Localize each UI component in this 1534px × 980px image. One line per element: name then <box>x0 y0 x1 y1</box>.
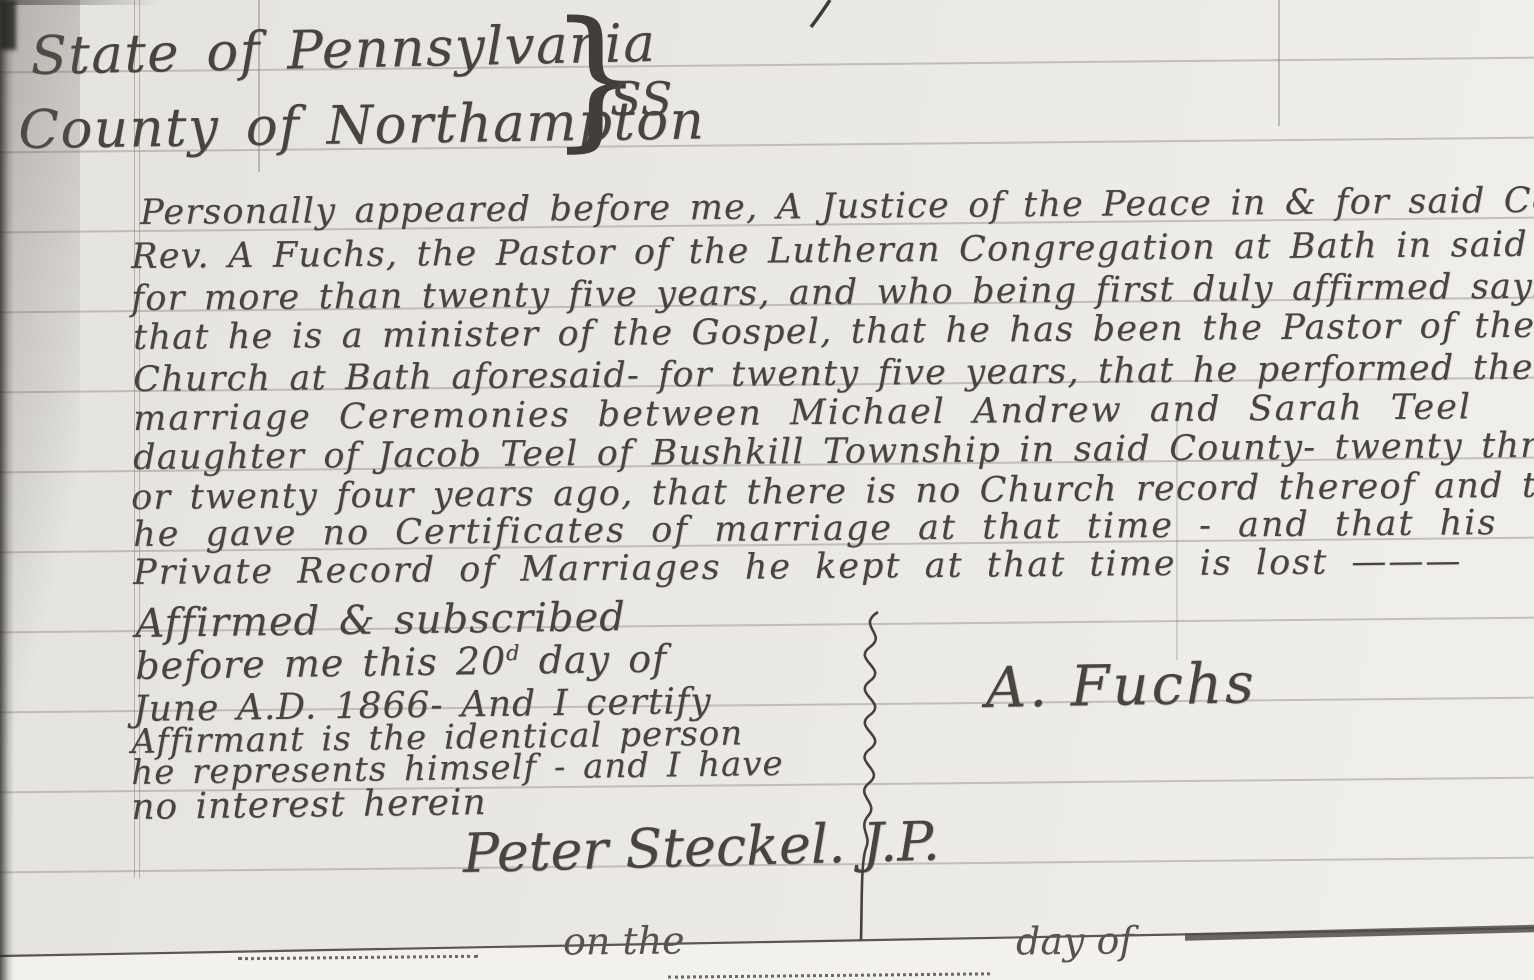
signature-affiant: A. Fuchs <box>985 651 1257 721</box>
scan-top-edge <box>0 0 160 5</box>
signature-justice-of-peace: Peter Steckel. J.P. <box>462 810 940 885</box>
attestation-line2-pre: before me this 20 <box>135 639 507 688</box>
scan-edge <box>0 0 14 980</box>
attestation-line: before me this 20d day of <box>135 637 667 688</box>
attestation-line2-superscript: d <box>506 641 521 665</box>
attestation-line: no interest herein <box>131 782 487 828</box>
attestation-line2-post: day of <box>520 637 667 683</box>
squiggle-brace-mark <box>861 612 878 940</box>
fold-crease <box>1278 0 1280 126</box>
header-ss-mark: SS <box>610 72 672 126</box>
body-line: Personally appeared before me, A Justice… <box>140 180 1534 233</box>
printed-on-the-label: on the <box>563 918 685 963</box>
printed-day-of-label: day of <box>1016 918 1134 963</box>
scan-corner-shadow <box>0 0 16 50</box>
pen-mark <box>811 0 830 27</box>
document-page: on the day of State of Pennsylvania Coun… <box>0 0 1534 980</box>
